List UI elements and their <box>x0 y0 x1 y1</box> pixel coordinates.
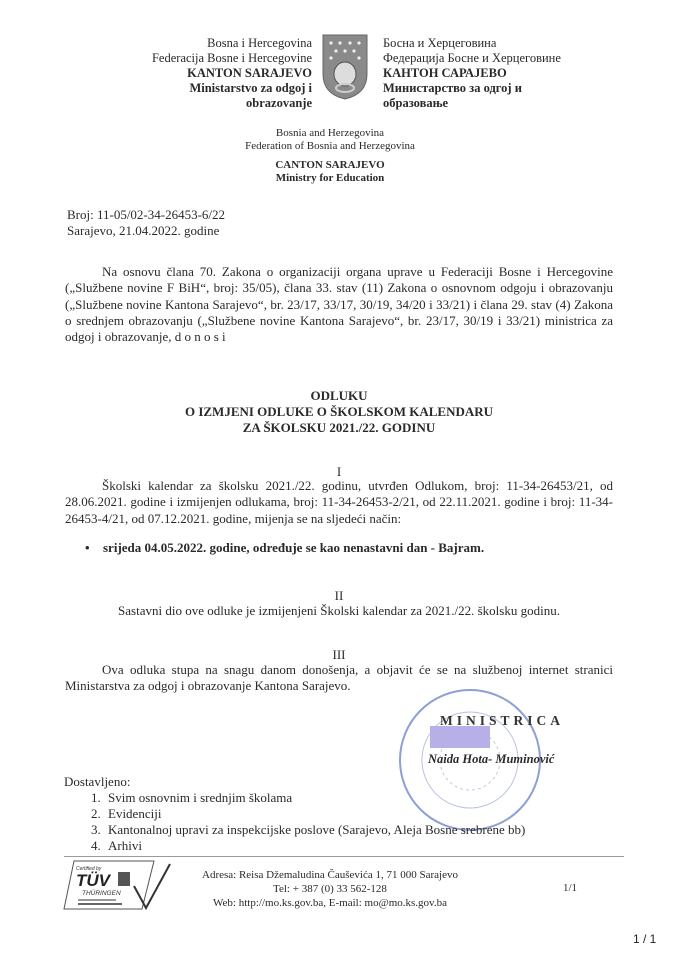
header-canton-en: CANTON SARAJEVO <box>180 159 480 172</box>
coat-of-arms-icon <box>322 34 368 100</box>
header-ministry-2: obrazovanje <box>120 96 312 111</box>
delivered-label: Dostavljeno: <box>64 774 525 790</box>
reference-place-date: Sarajevo, 21.04.2022. godine <box>67 223 225 239</box>
svg-text:TÜV: TÜV <box>76 871 112 890</box>
footer-divider <box>64 856 624 857</box>
bullet-icon: • <box>85 540 103 556</box>
header-federation-cyr: Федерација Босне и Херцеговине <box>383 51 583 66</box>
section-1-text: Školski kalendar za školsku 2021./22. go… <box>65 478 613 527</box>
section-1-bullet: •srijeda 04.05.2022. godine, određuje se… <box>85 540 484 556</box>
svg-text:THÜRINGEN: THÜRINGEN <box>82 889 121 897</box>
decision-title: ODLUKU O IZMJENI ODLUKE O ŠKOLSKOM KALEN… <box>65 388 613 436</box>
title-line-2: O IZMJENI ODLUKE O ŠKOLSKOM KALENDARU <box>65 404 613 420</box>
bullet-text: srijeda 04.05.2022. godine, određuje se … <box>103 540 484 555</box>
header-canton: KANTON SARAJEVO <box>120 66 312 81</box>
header-federation-en: Federation of Bosnia and Herzegovina <box>180 140 480 153</box>
header-ministry-cyr-1: Министарство за одгој и <box>383 81 583 96</box>
footer-contact: Adresa: Reisa Džemaludina Čauševića 1, 7… <box>200 868 460 910</box>
footer-address: Adresa: Reisa Džemaludina Čauševića 1, 7… <box>200 868 460 882</box>
delivered-block: Dostavljeno: Svim osnovnim i srednjim šk… <box>64 774 525 854</box>
header-cyrillic: Босна и Херцеговина Федерација Босне и Х… <box>383 36 583 111</box>
header-country-cyr: Босна и Херцеговина <box>383 36 583 51</box>
section-3-numeral: III <box>65 647 613 663</box>
section-2-text: Sastavni dio ove odluke je izmijenjeni Š… <box>65 603 613 619</box>
footer-tel: Tel: + 387 (0) 33 562-128 <box>200 882 460 896</box>
header-country: Bosna i Hercegovina <box>120 36 312 51</box>
title-line-3: ZA ŠKOLSKU 2021./22. GODINU <box>65 420 613 436</box>
signature-name: Naida Hota- Muminović <box>428 752 554 767</box>
reference-number: Broj: 11-05/02-34-26453-6/22 <box>67 207 225 223</box>
document-page-number: 1/1 <box>563 882 577 894</box>
section-2-numeral: II <box>65 588 613 604</box>
title-line-1: ODLUKU <box>65 388 613 404</box>
header-ministry-cyr-2: образовање <box>383 96 583 111</box>
header-ministry-1: Ministarstvo za odgoj i <box>120 81 312 96</box>
reference-block: Broj: 11-05/02-34-26453-6/22 Sarajevo, 2… <box>67 207 225 239</box>
header-latin: Bosna i Hercegovina Federacija Bosne i H… <box>120 36 312 111</box>
delivered-item: Svim osnovnim i srednjim školama <box>104 790 525 806</box>
tuv-certification-logo-icon: Certified by TÜV THÜRINGEN <box>62 858 186 912</box>
redaction-box <box>430 726 490 748</box>
header-country-en: Bosnia and Herzegovina <box>180 127 480 140</box>
header-ministry-en: Ministry for Education <box>180 172 480 185</box>
viewer-page-indicator: 1 / 1 <box>633 932 656 946</box>
delivered-item: Arhivi <box>104 838 525 854</box>
header-canton-cyr: КАНТОН САРАЈЕВО <box>383 66 583 81</box>
delivered-item: Evidenciji <box>104 806 525 822</box>
preamble: Na osnovu člana 70. Zakona o organizacij… <box>65 264 613 345</box>
footer-web: Web: http://mo.ks.gov.ba, E-mail: mo@mo.… <box>200 896 460 910</box>
header-english: Bosnia and Herzegovina Federation of Bos… <box>180 127 480 185</box>
header-federation: Federacija Bosne i Hercegovine <box>120 51 312 66</box>
delivered-list: Svim osnovnim i srednjim školama Evidenc… <box>64 790 525 854</box>
delivered-item: Kantonalnoj upravi za inspekcijske poslo… <box>104 822 525 838</box>
